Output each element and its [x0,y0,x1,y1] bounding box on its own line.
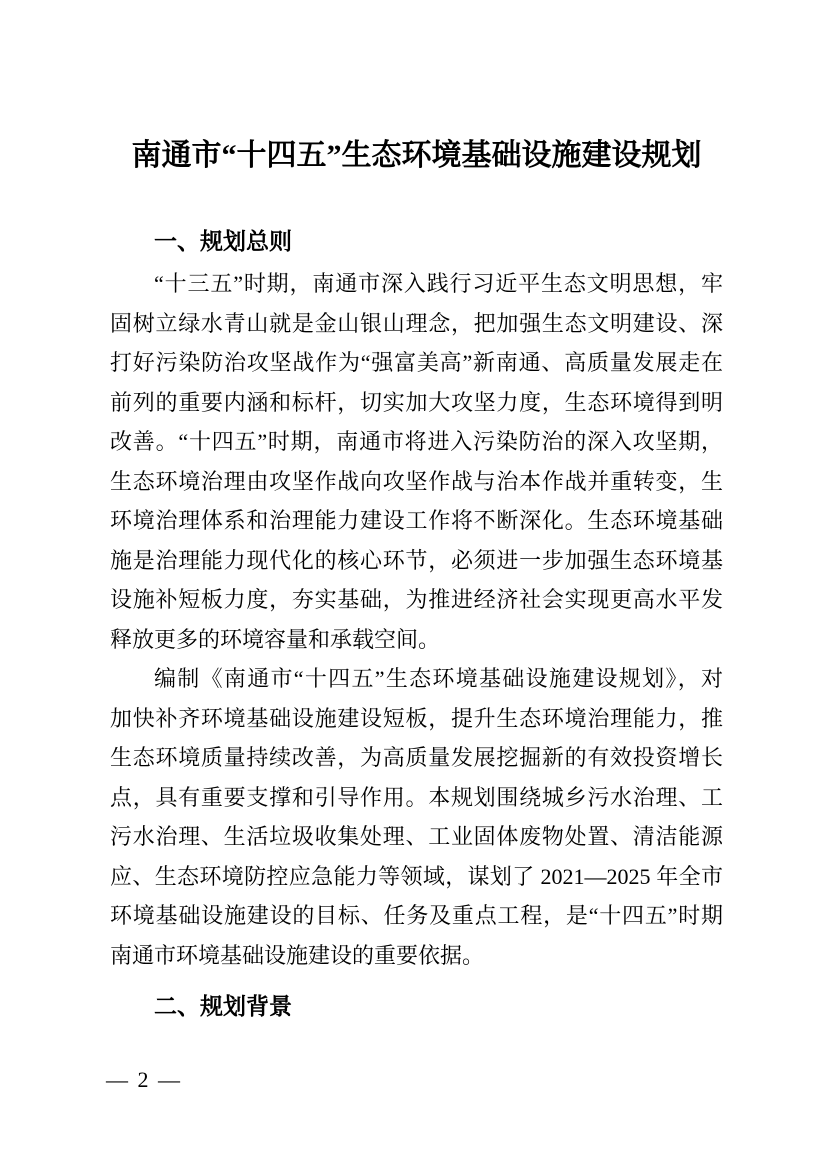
document-title: 南通市“十四五”生态环境基础设施建设规划 [110,134,723,178]
paragraph-line: 施是治理能力现代化的核心环节，必须进一步加强生态环境基础 [110,541,723,581]
section-heading-1: 一、规划总则 [110,226,723,256]
paragraph-line: 环境治理体系和治理能力建设工作将不断深化。生态环境基础设 [110,501,723,541]
paragraph-line: 应、生态环境防控应急能力等领域，谋划了 2021—2025 年全市 [110,857,723,897]
paragraph-line: 设施补短板力度，夯实基础，为推进经济社会实现更高水平发展 [110,580,723,620]
paragraph-line: 污水治理、生活垃圾收集处理、工业固体废物处置、清洁能源供 [110,817,723,857]
paragraph-line: 生态环境质量持续改善，为高质量发展挖掘新的有效投资增长 [110,738,723,778]
paragraph-line: 释放更多的环境容量和承载空间。 [110,620,723,660]
paragraph-line: 环境基础设施建设的目标、任务及重点工程，是“十四五”时期 [110,896,723,936]
page-content: 南通市“十四五”生态环境基础设施建设规划 一、规划总则 “十三五”时期，南通市深… [110,0,723,1021]
paragraph-line: 固树立绿水青山就是金山银山理念，把加强生态文明建设、深入 [110,304,723,344]
paragraph-line: 南通市环境基础设施建设的重要依据。 [110,936,723,976]
paragraph-line: “十三五”时期，南通市深入践行习近平生态文明思想，牢 [110,264,723,304]
paragraph-line: 改善。“十四五”时期，南通市将进入污染防治的深入攻坚期， [110,422,723,462]
paragraph-line: 点，具有重要支撑和引导作用。本规划围绕城乡污水治理、工业 [110,778,723,818]
paragraph-2: 编制《南通市“十四五”生态环境基础设施建设规划》，对 加快补齐环境基础设施建设短… [110,659,723,975]
page-number: — 2 — [106,1065,182,1095]
section-heading-2: 二、规划背景 [110,991,723,1021]
paragraph-line: 打好污染防治攻坚战作为“强富美高”新南通、高质量发展走在 [110,343,723,383]
paragraph-1: “十三五”时期，南通市深入践行习近平生态文明思想，牢 固树立绿水青山就是金山银山… [110,264,723,659]
paragraph-line: 前列的重要内涵和标杆，切实加大攻坚力度，生态环境得到明显 [110,383,723,423]
paragraph-line: 生态环境治理由攻坚作战向攻坚作战与治本作战并重转变，生态 [110,462,723,502]
paragraph-line: 编制《南通市“十四五”生态环境基础设施建设规划》，对 [110,659,723,699]
paragraph-line: 加快补齐环境基础设施建设短板，提升生态环境治理能力，推动 [110,699,723,739]
document-page: 南通市“十四五”生态环境基础设施建设规划 一、规划总则 “十三五”时期，南通市深… [0,0,826,1169]
